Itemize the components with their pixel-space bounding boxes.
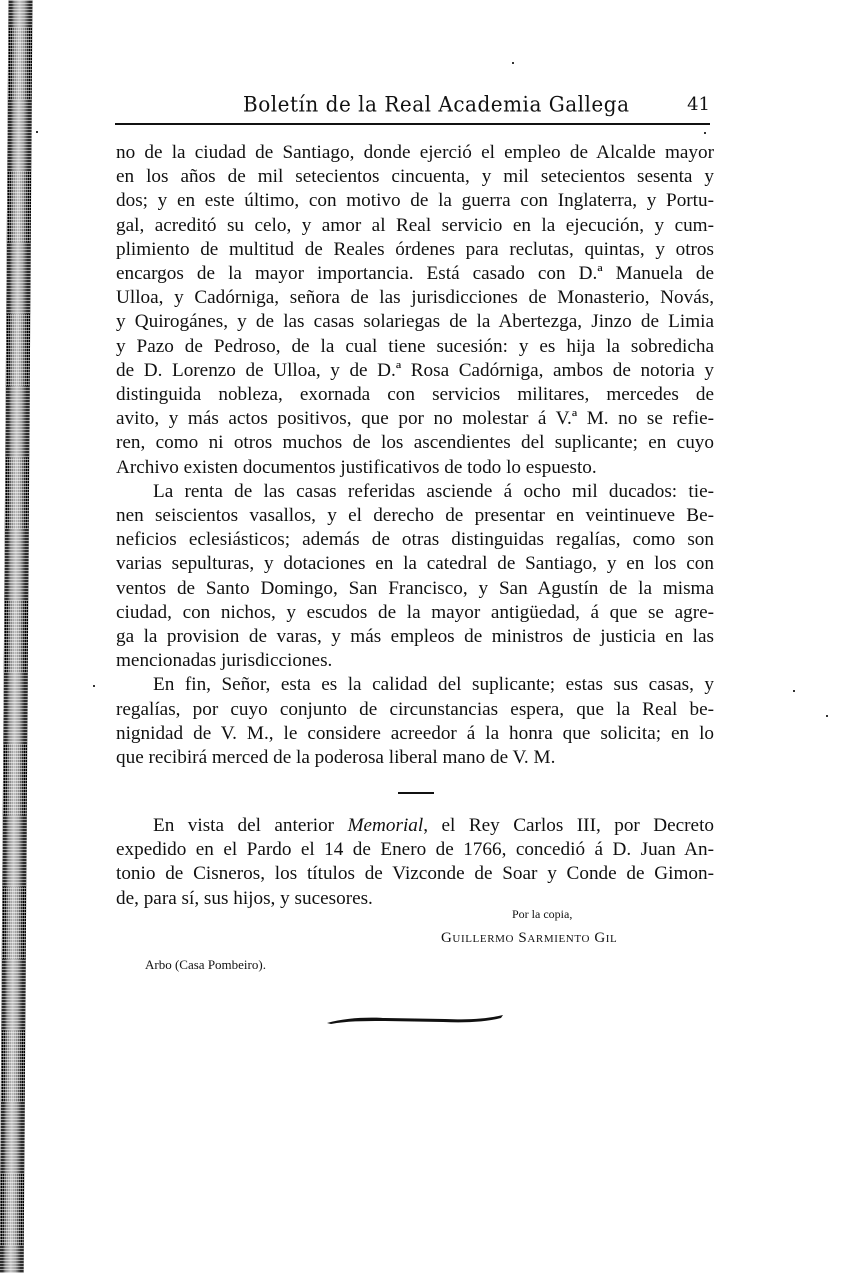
text-line: varias sepulturas, y dotaciones en la ca… (116, 552, 714, 576)
text-line: distinguida nobleza, exornada con servic… (116, 383, 714, 407)
print-speck (793, 690, 795, 692)
text-line: regalías, por cuyo conjunto de circunsta… (116, 698, 714, 722)
text-line: neficios eclesiásticos; además de otras … (116, 528, 714, 552)
text-line: Archivo existen documentos justificativo… (116, 456, 714, 480)
memorial-italic: Memorial (348, 815, 424, 836)
text-line: no de la ciudad de Santiago, donde ejerc… (116, 141, 714, 165)
text-line: que recibirá merced de la poderosa liber… (116, 746, 714, 770)
text-line: de D. Lorenzo de Ulloa, y de D.ª Rosa Ca… (116, 359, 714, 383)
end-ornament-icon (325, 1010, 505, 1026)
print-speck (826, 715, 828, 717)
paragraph-3: En fin, Señor, esta es la calidad del su… (116, 673, 714, 770)
text-line: avito, y más actos positivos, que por no… (116, 407, 714, 431)
section-divider (398, 792, 434, 794)
text-line: gal, acreditó su celo, y amor al Real se… (116, 214, 714, 238)
header-rule (115, 123, 710, 125)
por-la-copia-note: Por la copia, (512, 907, 572, 922)
paragraph-1: no de la ciudad de Santiago, donde ejerc… (116, 141, 714, 480)
author-signature: Guillermo Sarmiento Gil (441, 930, 617, 947)
text-line: En vista del anterior Memorial, el Rey C… (116, 814, 714, 838)
text-line: nen seiscientos vasallos, y el derecho d… (116, 504, 714, 528)
decree-text: , el Rey Carlos III, por Decreto (423, 815, 714, 836)
page-number: 41 (687, 94, 710, 115)
text-line: ga la provision de varas, y más empleos … (116, 625, 714, 649)
text-line: plimiento de multitud de Reales órdenes … (116, 238, 714, 262)
text-line: En fin, Señor, esta es la calidad del su… (116, 673, 714, 697)
memorial-body: no de la ciudad de Santiago, donde ejerc… (116, 141, 714, 770)
location-note: Arbo (Casa Pombeiro). (145, 957, 266, 973)
print-speck (512, 62, 514, 64)
text-line: ren, como ni otros muchos de los ascendi… (116, 431, 714, 455)
decree-text: En vista del anterior (153, 815, 348, 836)
running-header: Boletín de la Real Academia Gallega 41 (115, 90, 710, 120)
text-line: ventos de Santo Domingo, San Francisco, … (116, 577, 714, 601)
print-speck (704, 132, 706, 134)
text-line: Ulloa, y Cadórniga, señora de las jurisd… (116, 286, 714, 310)
text-line: encargos de la mayor importancia. Está c… (116, 262, 714, 286)
text-line: nignidad de V. M., le considere acreedor… (116, 722, 714, 746)
decree-paragraph: En vista del anterior Memorial, el Rey C… (116, 814, 714, 911)
text-line: La renta de las casas referidas asciende… (116, 480, 714, 504)
book-spine-edge (0, 0, 32, 1273)
text-line: y Quirogánes, y de las casas solariegas … (116, 310, 714, 334)
text-line: en los años de mil setecientos cincuenta… (116, 165, 714, 189)
text-line: expedido en el Pardo el 14 de Enero de 1… (116, 838, 714, 862)
paragraph-2: La renta de las casas referidas asciende… (116, 480, 714, 674)
text-line: mencionadas jurisdicciones. (116, 649, 714, 673)
print-speck (36, 131, 38, 133)
text-line: ciudad, con nichos, y escudos de la mayo… (116, 601, 714, 625)
text-line: de, para sí, sus hijos, y sucesores. (116, 887, 714, 911)
text-line: dos; y en este último, con motivo de la … (116, 189, 714, 213)
text-line: y Pazo de Pedroso, de la cual tiene suce… (116, 335, 714, 359)
text-line: tonio de Cisneros, los títulos de Vizcon… (116, 862, 714, 886)
print-speck (93, 685, 95, 687)
journal-title: Boletín de la Real Academia Gallega (243, 91, 630, 116)
